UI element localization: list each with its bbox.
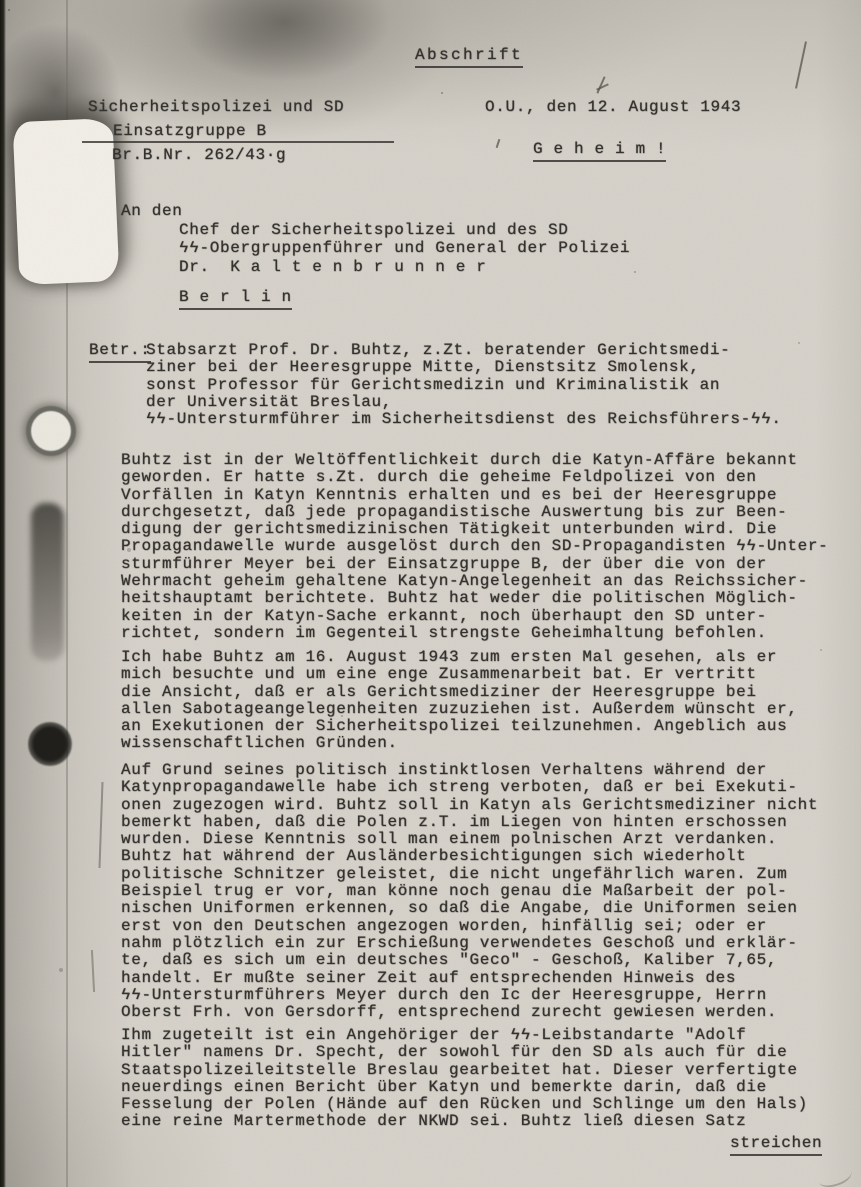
subject-label: Betr.: — [89, 342, 151, 363]
catchword: streichen — [730, 1135, 822, 1156]
sender-unit: Einsatzgruppe B — [113, 123, 267, 140]
ink-blot-hole — [28, 722, 72, 766]
body-paragraph: Auf Grund seines politisch instinktlosen… — [121, 762, 837, 1021]
margin-annotation-line — [98, 782, 103, 868]
margin-annotation-line — [91, 950, 95, 992]
unit-underline-rule — [82, 141, 394, 143]
scan-edge-shadow — [0, 0, 6, 1187]
pencil-slash-mark — [795, 41, 807, 88]
dust-specks — [8, 9, 10, 11]
body-paragraph: Buhtz ist in der Weltöffentlichkeit durc… — [121, 452, 837, 642]
pencil-tick-mark — [496, 139, 501, 148]
reference-number: Br.B.Nr. 262/43·g — [112, 147, 286, 164]
recipient-city: B e r l i n — [179, 289, 292, 310]
ink-smudge — [31, 503, 64, 661]
recipient-address: Chef der Sicherheitspolizei und des SD ϟ… — [179, 221, 630, 276]
classification-stamp: G e h e i m ! — [533, 141, 666, 162]
body-paragraph: Ihm zugeteilt ist ein Angehöriger der ϟϟ… — [121, 1027, 837, 1131]
body-paragraph: Ich habe Buhtz am 16. August 1943 zum er… — [121, 649, 837, 753]
place-and-date: O.U., den 12. August 1943 — [485, 99, 741, 116]
recipient-salutation: An den — [121, 203, 183, 220]
sender-organization: Sicherheitspolizei und SD — [88, 99, 344, 116]
pencil-corner-scribble — [816, 1163, 854, 1187]
pencil-scribble-stroke — [596, 76, 605, 93]
scanned-document-page: Abschrift Sicherheitspolizei und SD Eins… — [0, 0, 861, 1187]
subject-text: Stabsarzt Prof. Dr. Buhtz, z.Zt. beraten… — [146, 342, 782, 428]
punch-hole — [26, 406, 76, 456]
pencil-scribble-stroke — [596, 83, 609, 90]
copy-label: Abschrift — [415, 47, 523, 68]
paper-fold-line — [66, 0, 68, 1187]
